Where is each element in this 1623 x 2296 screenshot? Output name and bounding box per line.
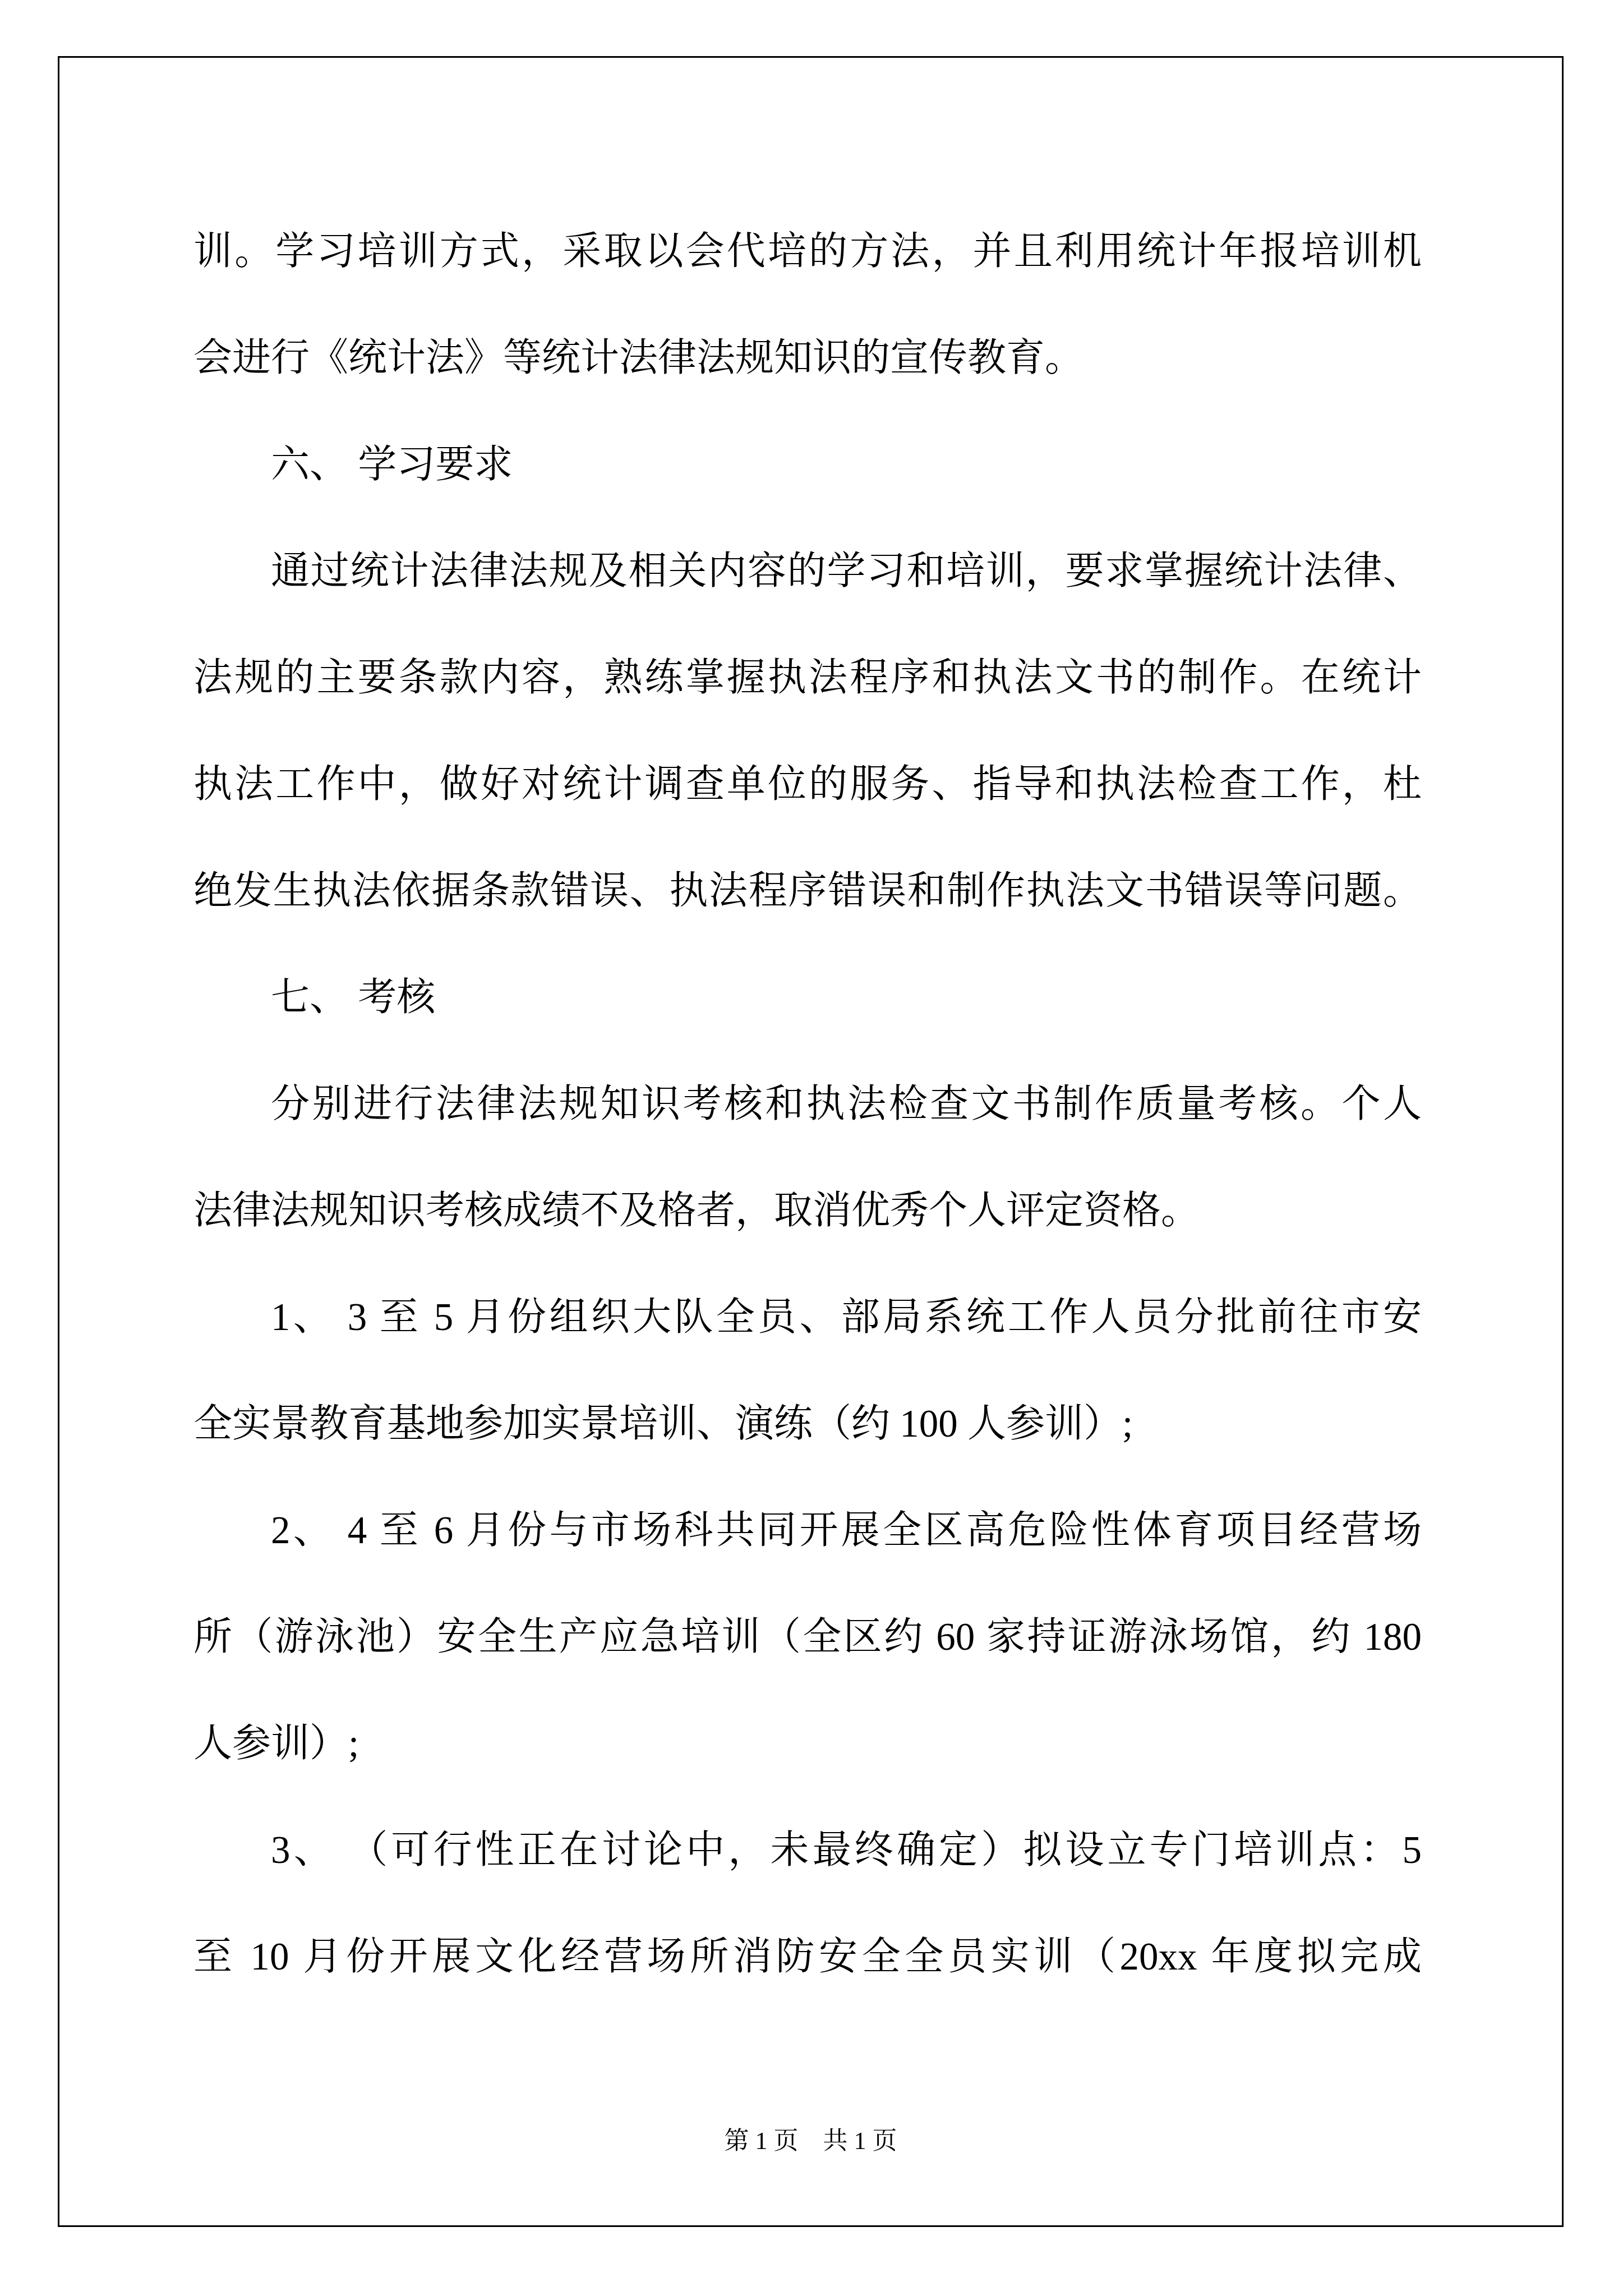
text-line: 3、 （可行性正在讨论中，未最终确定）拟设立专门培训点：5 bbox=[193, 1797, 1422, 1903]
text-line: 绝发生执法依据条款错误、执法程序错误和制作执法文书错误等问题。 bbox=[193, 838, 1422, 944]
document-page: { "document": { "lines": [ { "text": "训。… bbox=[0, 0, 1623, 2296]
document-body: 训。学习培训方式，采取以会代培的方法，并且利用统计年报培训机会进行《统计法》等统… bbox=[193, 198, 1422, 2010]
text-line: 全实景教育基地参加实景培训、演练（约 100 人参训）; bbox=[193, 1370, 1422, 1477]
text-line: 通过统计法律法规及相关内容的学习和培训，要求掌握统计法律、 bbox=[193, 518, 1422, 624]
text-line: 七、 考核 bbox=[193, 944, 1422, 1051]
text-line: 2、 4 至 6 月份与市场科共同开展全区高危险性体育项目经营场 bbox=[193, 1477, 1422, 1584]
text-line: 训。学习培训方式，采取以会代培的方法，并且利用统计年报培训机 bbox=[193, 198, 1422, 305]
text-line: 人参训）; bbox=[193, 1690, 1422, 1797]
text-line: 六、 学习要求 bbox=[193, 411, 1422, 518]
text-line: 会进行《统计法》等统计法律法规知识的宣传教育。 bbox=[193, 305, 1422, 411]
page-footer: 第 1 页 共 1 页 bbox=[58, 2122, 1564, 2161]
text-line: 至 10 月份开展文化经营场所消防安全全员实训（20xx 年度拟完成 bbox=[193, 1903, 1422, 2010]
text-line: 分别进行法律法规知识考核和执法检查文书制作质量考核。个人 bbox=[193, 1051, 1422, 1157]
text-line: 1、 3 至 5 月份组织大队全员、部局系统工作人员分批前往市安 bbox=[193, 1264, 1422, 1370]
text-line: 执法工作中，做好对统计调查单位的服务、指导和执法检查工作，杜 bbox=[193, 731, 1422, 838]
text-line: 所（游泳池）安全生产应急培训（全区约 60 家持证游泳场馆，约 180 bbox=[193, 1584, 1422, 1690]
text-line: 法规的主要条款内容，熟练掌握执法程序和执法文书的制作。在统计 bbox=[193, 624, 1422, 731]
text-line: 法律法规知识考核成绩不及格者，取消优秀个人评定资格。 bbox=[193, 1157, 1422, 1264]
